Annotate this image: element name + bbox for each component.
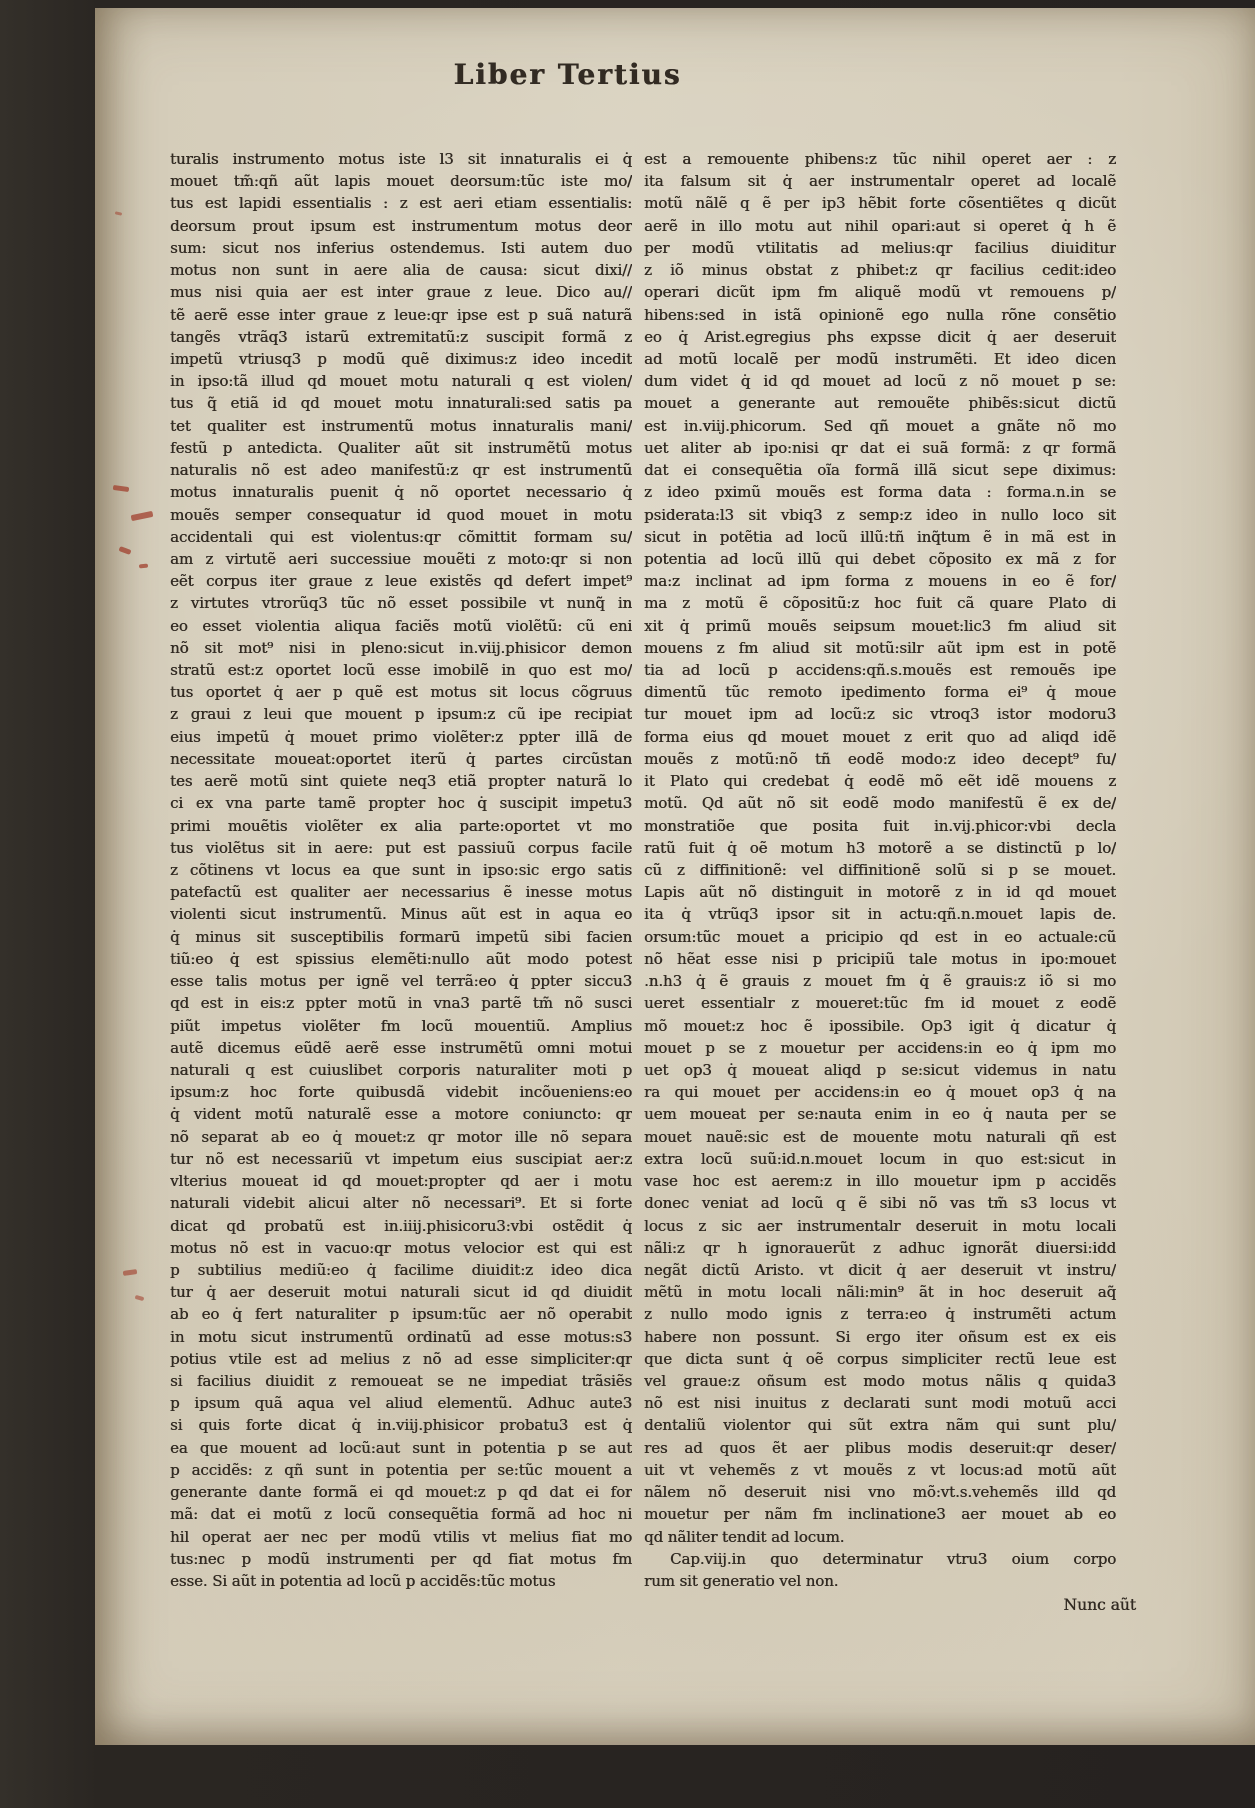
- text-line: mus nisi quia aer est inter graue z leue…: [170, 281, 632, 303]
- text-line: tus q̃ etiã id qd mouet motu innaturali:…: [170, 392, 632, 414]
- text-line: cũ z diffinitionẽ: vel diffinitionẽ solũ…: [644, 859, 1116, 881]
- text-line: generante dante formã ei qd mouet:z p qd…: [170, 1481, 632, 1503]
- text-line: mõ mouet:z hoc ẽ ipossibile. Op3 igit q̇…: [644, 1015, 1116, 1037]
- text-line: mouet tm̃:qñ aũt lapis mouet deorsum:tũc…: [170, 170, 632, 192]
- text-line: forma eius qd mouet mouet z erit quo ad …: [644, 726, 1116, 748]
- text-line: qd est in eis:z ppter motũ in vna3 partẽ…: [170, 992, 632, 1014]
- text-line: tangẽs vtrãq3 istarũ extremitatũ:z susci…: [170, 326, 632, 348]
- text-column-right: est a remouente phibens:z tũc nihil oper…: [644, 148, 1116, 1592]
- text-line: tet qualiter est instrumentũ motus innat…: [170, 415, 632, 437]
- edge-stain: [119, 546, 132, 555]
- text-line: per modũ vtilitatis ad melius:qr faciliu…: [644, 237, 1116, 259]
- text-line: tẽ aerẽ esse inter graue z leue:qr ipse …: [170, 304, 632, 326]
- text-line: extra locũ suũ:id.n.mouet locum in quo e…: [644, 1148, 1116, 1170]
- text-line: violenti sicut instrumentũ. Minus aũt es…: [170, 903, 632, 925]
- text-line: q̇ vident motũ naturalẽ esse a motore co…: [170, 1103, 632, 1125]
- text-line: ma:z inclinat ad ipm forma z mouens in e…: [644, 570, 1116, 592]
- text-line: tur mouet ipm ad locũ:z sic vtroq3 istor…: [644, 703, 1116, 725]
- edge-stain: [115, 211, 122, 215]
- edge-stain: [131, 511, 154, 521]
- text-line: ueret essentialr z moueret:tũc fm id mou…: [644, 992, 1116, 1014]
- text-line: tus oportet q̇ aer p quẽ est motus sit l…: [170, 681, 632, 703]
- text-line: nãli:z qr h ignorauerũt z adhuc ignorãt …: [644, 1237, 1116, 1259]
- text-line: qd nãliter tendit ad locum.: [644, 1526, 1116, 1548]
- text-line: primi mouẽtis violẽter ex alia parte:opo…: [170, 815, 632, 837]
- text-line: esse talis motus per ignẽ vel terrã:eo q…: [170, 970, 632, 992]
- text-line: mouet p se z mouetur per accidens:in eo …: [644, 1037, 1116, 1059]
- text-line: potentia ad locũ illũ qui debet cõposito…: [644, 548, 1116, 570]
- text-line: p ipsum quã aqua vel aliud elementũ. Adh…: [170, 1392, 632, 1414]
- text-line: z ideo pximũ mouẽs est forma data : form…: [644, 481, 1116, 503]
- text-line: naturali q est cuiuslibet corporis natur…: [170, 1059, 632, 1081]
- text-line: psiderata:l3 sit vbiq3 z semp:z ideo in …: [644, 504, 1116, 526]
- text-line: motũ nãlẽ q ẽ per ip3 hẽbit forte cõsent…: [644, 192, 1116, 214]
- text-line: aerẽ in illo motu aut nihil opari:aut si…: [644, 215, 1116, 237]
- text-line: motus innaturalis puenit q̇ nõ oportet n…: [170, 481, 632, 503]
- text-line: sum: sicut nos inferius ostendemus. Isti…: [170, 237, 632, 259]
- text-line: dat ei consequẽtia oĩa formã illã sicut …: [644, 459, 1116, 481]
- text-line: tus est lapidi essentialis : z est aeri …: [170, 192, 632, 214]
- text-line: vase hoc est aerem:z in illo mouetur ipm…: [644, 1170, 1116, 1192]
- text-line: in motu sicut instrumentũ ordinatũ ad es…: [170, 1326, 632, 1348]
- text-line: uem moueat per se:nauta enim in eo q̇ na…: [644, 1103, 1116, 1125]
- text-line: tus:nec p modũ instrumenti per qd fiat m…: [170, 1548, 632, 1570]
- text-line: dentaliũ violentor qui sũt extra nãm qui…: [644, 1414, 1116, 1436]
- text-line: que dicta sunt q̇ oẽ corpus simpliciter …: [644, 1348, 1116, 1370]
- text-line: xit q̇ primũ mouẽs seipsum mouet:lic3 fm…: [644, 615, 1116, 637]
- text-line: orsum:tũc mouet a pricipio qd est in eo …: [644, 926, 1116, 948]
- text-line: ita falsum sit q̇ aer instrumentalr oper…: [644, 170, 1116, 192]
- text-line: motus nõ est in vacuo:qr motus velocior …: [170, 1237, 632, 1259]
- text-line: si quis forte dicat q̇ in.viij.phisicor …: [170, 1414, 632, 1436]
- text-line: mouetur per nãm fm inclinatione3 aer mou…: [644, 1503, 1116, 1525]
- text-line: dimentũ tũc remoto ipedimento forma ei⁹ …: [644, 681, 1116, 703]
- text-line: ipsum:z hoc forte quibusdã videbit incõu…: [170, 1081, 632, 1103]
- text-line: locus z sic aer instrumentalr deseruit i…: [644, 1215, 1116, 1237]
- text-line: impetũ vtriusq3 p modũ quẽ diximus:z ide…: [170, 348, 632, 370]
- text-line: potius vtile est ad melius z nõ ad esse …: [170, 1348, 632, 1370]
- text-line: patefactũ est qualiter aer necessarius ẽ…: [170, 881, 632, 903]
- text-line: est in.viij.phicorum. Sed qñ mouet a gnã…: [644, 415, 1116, 437]
- text-line: motũ. Qd aũt nõ sit eodẽ modo manifestũ …: [644, 792, 1116, 814]
- text-line: tiũ:eo q̇ est spissius elemẽti:nullo aũt…: [170, 948, 632, 970]
- text-line: festũ p antedicta. Qualiter aũt sit inst…: [170, 437, 632, 459]
- text-line: z iõ minus obstat z phibet:z qr facilius…: [644, 259, 1116, 281]
- text-line: eo esset violentia aliqua faciẽs motũ vi…: [170, 615, 632, 637]
- text-line: ratũ fuit q̇ oẽ motum h3 motorẽ a se dis…: [644, 837, 1116, 859]
- text-line: autẽ dicemus eũdẽ aerẽ esse instrumẽtũ o…: [170, 1037, 632, 1059]
- text-line: .n.h3 q̇ ẽ grauis z mouet fm q̇ ẽ grauis…: [644, 970, 1116, 992]
- text-line: res ad quos ẽt aer plibus modis deseruit…: [644, 1437, 1116, 1459]
- text-line: si facilius diuidit z remoueat se ne imp…: [170, 1370, 632, 1392]
- text-line: tia ad locũ p accidens:qñ.s.mouẽs est re…: [644, 659, 1116, 681]
- text-line: dum videt q̇ id qd mouet ad locũ z nõ mo…: [644, 370, 1116, 392]
- text-line: operari dicũt ipm fm aliquẽ modũ vt remo…: [644, 281, 1116, 303]
- text-line: vlterius moueat id qd mouet:propter qd a…: [170, 1170, 632, 1192]
- text-line: dicat qd probatũ est in.iiij.phisicoru3:…: [170, 1215, 632, 1237]
- text-line: it Plato qui credebat q̇ eodẽ mõ eẽt idẽ…: [644, 770, 1116, 792]
- text-line: eo q̇ Arist.egregius phs expsse dicit q̇…: [644, 326, 1116, 348]
- text-line: nõ separat ab eo q̇ mouet:z qr motor ill…: [170, 1126, 632, 1148]
- edge-stain: [139, 564, 148, 569]
- text-column-left: turalis instrumento motus iste l3 sit in…: [170, 148, 632, 1592]
- text-line: vel graue:z oñsum est modo motus nãlis q…: [644, 1370, 1116, 1392]
- text-line: uet aliter ab ipo:nisi qr dat ei suã for…: [644, 437, 1116, 459]
- text-line: nõ est nisi inuitus z declarati sunt mod…: [644, 1392, 1116, 1414]
- edge-stain: [135, 1295, 145, 1301]
- text-line: hil operat aer nec per modũ vtilis vt me…: [170, 1526, 632, 1548]
- text-line: p accidẽs: z qñ sunt in potentia per se:…: [170, 1459, 632, 1481]
- text-line: z virtutes vtrorũq3 tũc nõ esset possibi…: [170, 592, 632, 614]
- text-line: esse. Si aũt in potentia ad locũ p accid…: [170, 1570, 632, 1592]
- text-line: ra qui mouet per accidens:in eo q̇ mouet…: [644, 1081, 1116, 1103]
- text-line: z nullo modo ignis z terra:eo q̇ instrum…: [644, 1303, 1116, 1325]
- text-line: tus violẽtus sit in aere: put est passiu…: [170, 837, 632, 859]
- text-line: nõ sit mot⁹ nisi in pleno:sicut in.viij.…: [170, 637, 632, 659]
- chapter-heading-line2: rum sit generatio vel non.: [644, 1570, 1116, 1592]
- text-line: Lapis aũt nõ distinguit in motorẽ z in i…: [644, 881, 1116, 903]
- edge-stain: [113, 485, 130, 492]
- text-line: est a remouente phibens:z tũc nihil oper…: [644, 148, 1116, 170]
- text-column-right-body: est a remouente phibens:z tũc nihil oper…: [644, 148, 1116, 1548]
- scan-background: Liber Tertius turalis instrumento motus …: [0, 0, 1255, 1808]
- text-line: am z virtutẽ aeri successiue mouẽti z mo…: [170, 548, 632, 570]
- text-line: ci ex vna parte tamẽ propter hoc q̇ susc…: [170, 792, 632, 814]
- text-line: uit vt vehemẽs z vt mouẽs z vt locus:ad …: [644, 1459, 1116, 1481]
- text-line: nõ hẽat esse nisi p pricipiũ tale motus …: [644, 948, 1116, 970]
- text-line: ad motũ localẽ per modũ instrumẽti. Et i…: [644, 348, 1116, 370]
- text-line: mẽtũ in motu locali nãli:min⁹ ãt in hoc …: [644, 1281, 1116, 1303]
- text-line: ita q̇ vtrũq3 ipsor sit in actu:qñ.n.mou…: [644, 903, 1116, 925]
- text-line: negãt dictũ Aristo. vt dicit q̇ aer dese…: [644, 1259, 1116, 1281]
- text-line: mouens z fm aliud sit motũ:silr aũt ipm …: [644, 637, 1116, 659]
- text-line: nãlem nõ deseruit nisi vno mõ:vt.s.vehem…: [644, 1481, 1116, 1503]
- text-line: hibens:sed in istã opinionẽ ego nulla rõ…: [644, 304, 1116, 326]
- text-line: p subtilius mediũ:eo q̇ facilime diuidit…: [170, 1259, 632, 1281]
- text-line: tur nõ est necessariũ vt impetum eius su…: [170, 1148, 632, 1170]
- text-line: z graui z leui que mouent p ipsum:z cũ i…: [170, 703, 632, 725]
- text-line: ab eo q̇ fert naturaliter p ipsum:tũc ae…: [170, 1303, 632, 1325]
- text-line: ma z motũ ẽ cõpositũ:z hoc fuit cã quare…: [644, 592, 1116, 614]
- text-line: mouẽs semper consequatur id quod mouet i…: [170, 504, 632, 526]
- text-line: sicut in potẽtia ad locũ illũ:tñ inq̃tum…: [644, 526, 1116, 548]
- text-line: naturalis nõ est adeo manifestũ:z qr est…: [170, 459, 632, 481]
- edge-stain: [123, 1269, 138, 1276]
- book-page: Liber Tertius turalis instrumento motus …: [95, 8, 1255, 1745]
- text-line: q̇ minus sit susceptibilis formarū impet…: [170, 926, 632, 948]
- running-title: Liber Tertius: [95, 58, 1040, 91]
- text-line: mouet nauẽ:sic est de mouente motu natur…: [644, 1126, 1116, 1148]
- text-line: uet op3 q̇ moueat aliqd p se:sicut videm…: [644, 1059, 1116, 1081]
- text-line: donec veniat ad locũ q ẽ sibi nõ vas tm̃…: [644, 1192, 1116, 1214]
- text-line: in ipso:tã illud qd mouet motu naturali …: [170, 370, 632, 392]
- text-line: z cõtinens vt locus ea que sunt in ipso:…: [170, 859, 632, 881]
- text-line: necessitate moueat:oportet iterũ q̇ part…: [170, 748, 632, 770]
- text-line: naturali videbit alicui alter nõ necessa…: [170, 1192, 632, 1214]
- text-line: eẽt corpus iter graue z leue existẽs qd …: [170, 570, 632, 592]
- text-line: piũt impetus violẽter fm locũ mouentiũ. …: [170, 1015, 632, 1037]
- text-line: mouet a generante aut remouẽte phibẽs:si…: [644, 392, 1116, 414]
- text-line: eius impetũ q̇ mouet primo violẽter:z pp…: [170, 726, 632, 748]
- text-line: motus non sunt in aere alia de causa: si…: [170, 259, 632, 281]
- text-line: mouẽs z motũ:nõ tñ eodẽ modo:z ideo dece…: [644, 748, 1116, 770]
- text-line: tes aerẽ motũ sint quiete neq3 etiã prop…: [170, 770, 632, 792]
- text-line: accidentali qui est violentus:qr cõmitti…: [170, 526, 632, 548]
- text-line: monstratiõe que posita fuit in.vij.phico…: [644, 815, 1116, 837]
- text-line: mã: dat ei motũ z locũ consequẽtia formã…: [170, 1503, 632, 1525]
- text-line: habere non possunt. Si ergo iter oñsum e…: [644, 1326, 1116, 1348]
- text-line: turalis instrumento motus iste l3 sit in…: [170, 148, 632, 170]
- text-line: stratũ est:z oportet locũ esse imobilẽ i…: [170, 659, 632, 681]
- text-line: ea que mouent ad locũ:aut sunt in potent…: [170, 1437, 632, 1459]
- chapter-heading-line1: Cap.viij.in quo determinatur vtru3 oium …: [644, 1548, 1116, 1570]
- catchword: Nunc aũt: [644, 1596, 1136, 1614]
- text-line: deorsum prout ipsum est instrumentum mot…: [170, 215, 632, 237]
- text-line: tur q̇ aer deseruit motui naturali sicut…: [170, 1281, 632, 1303]
